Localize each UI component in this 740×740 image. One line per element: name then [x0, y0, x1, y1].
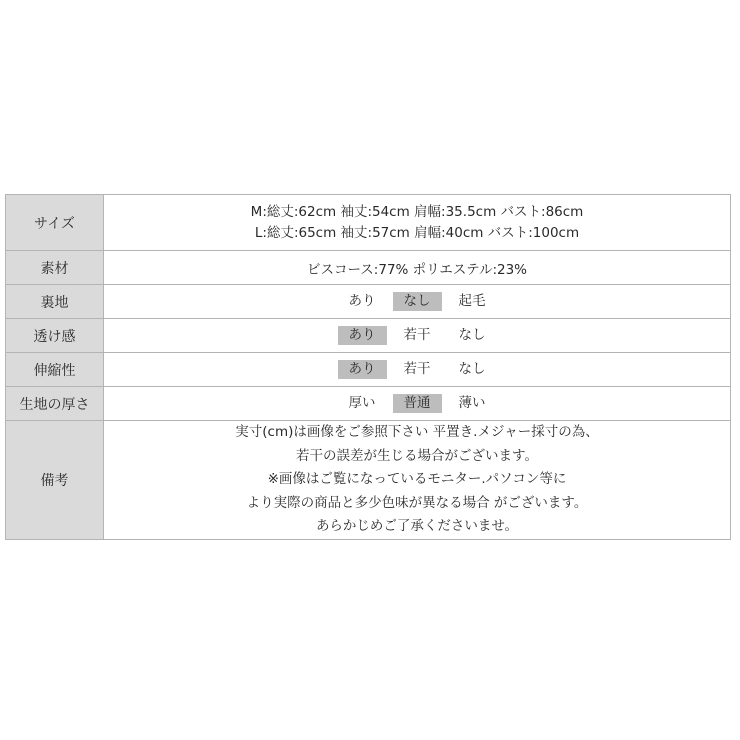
row-stretch: 伸縮性 あり若干なし	[6, 353, 731, 387]
row-label-thickness: 生地の厚さ	[6, 387, 104, 421]
row-size: サイズ M:総丈:62cm 袖丈:54cm 肩幅:35.5cm バスト:86cm…	[6, 195, 731, 251]
sheerness-option-yes-selected: あり	[338, 326, 387, 345]
row-label-size: サイズ	[6, 195, 104, 251]
thickness-option-normal-selected: 普通	[393, 394, 442, 413]
sheerness-option-slight: 若干	[393, 326, 442, 345]
row-notes: 備考 実寸(cm)は画像をご参照下さい 平置き.メジャー採寸の為、 若干の誤差が…	[6, 421, 731, 540]
sheerness-options: あり若干なし	[104, 319, 731, 353]
notes-line-3: ※画像はご覧になっているモニター.パソコン等に	[104, 468, 730, 492]
row-sheerness: 透け感 あり若干なし	[6, 319, 731, 353]
notes-line-2: 若干の誤差が生じる場合がございます。	[104, 445, 730, 469]
lining-option-yes: あり	[338, 292, 387, 311]
row-label-sheerness: 透け感	[6, 319, 104, 353]
lining-option-brushed: 起毛	[448, 292, 497, 311]
product-spec-table: サイズ M:総丈:62cm 袖丈:54cm 肩幅:35.5cm バスト:86cm…	[5, 194, 731, 540]
thickness-option-thin: 薄い	[448, 394, 497, 413]
thickness-option-thick: 厚い	[338, 394, 387, 413]
notes-text: 実寸(cm)は画像をご参照下さい 平置き.メジャー採寸の為、 若干の誤差が生じる…	[104, 421, 731, 540]
row-label-material: 素材	[6, 251, 104, 285]
notes-line-4: より実際の商品と多少色味が異なる場合 がございます。	[104, 492, 730, 516]
size-line-m: M:総丈:62cm 袖丈:54cm 肩幅:35.5cm バスト:86cm	[104, 202, 730, 223]
row-thickness: 生地の厚さ 厚い普通薄い	[6, 387, 731, 421]
row-label-notes: 備考	[6, 421, 104, 540]
stretch-option-none: なし	[448, 360, 497, 379]
lining-option-no-selected: なし	[393, 292, 442, 311]
notes-line-5: あらかじめご了承くださいませ。	[104, 515, 730, 539]
lining-options: ありなし起毛	[104, 285, 731, 319]
row-label-lining: 裏地	[6, 285, 104, 319]
size-line-l: L:総丈:65cm 袖丈:57cm 肩幅:40cm バスト:100cm	[104, 223, 730, 244]
stretch-option-yes-selected: あり	[338, 360, 387, 379]
row-material: 素材 ビスコース:77% ポリエステル:23%	[6, 251, 731, 285]
stretch-option-slight: 若干	[393, 360, 442, 379]
thickness-options: 厚い普通薄い	[104, 387, 731, 421]
row-lining: 裏地 ありなし起毛	[6, 285, 731, 319]
size-values: M:総丈:62cm 袖丈:54cm 肩幅:35.5cm バスト:86cm L:総…	[104, 195, 731, 251]
material-value: ビスコース:77% ポリエステル:23%	[104, 251, 731, 285]
row-label-stretch: 伸縮性	[6, 353, 104, 387]
sheerness-option-none: なし	[448, 326, 497, 345]
stretch-options: あり若干なし	[104, 353, 731, 387]
notes-line-1: 実寸(cm)は画像をご参照下さい 平置き.メジャー採寸の為、	[104, 421, 730, 445]
